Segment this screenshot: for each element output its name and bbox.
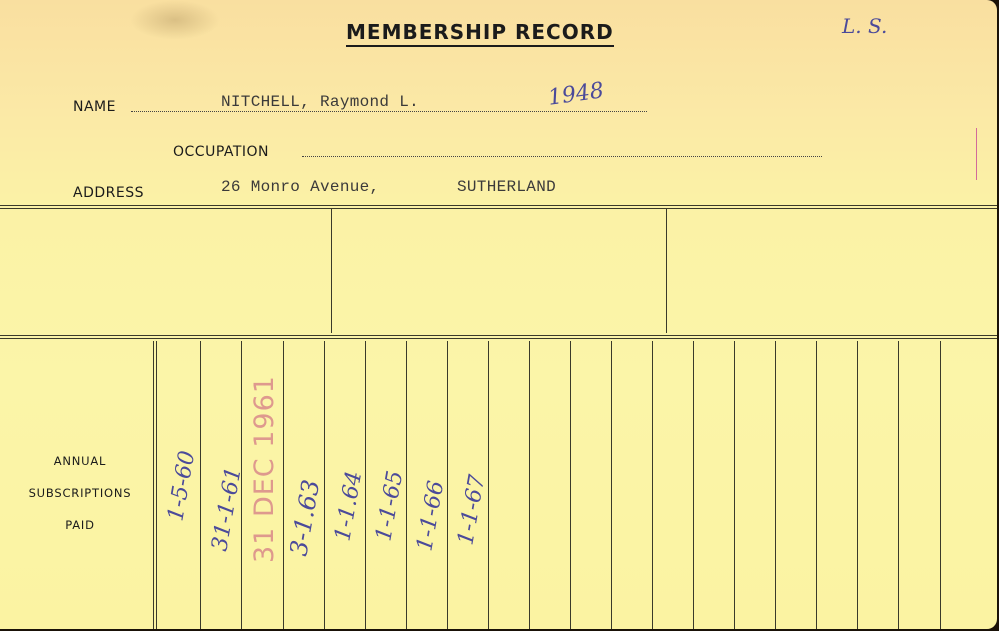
membership-card: MEMBERSHIP RECORD L. S. NAME NITCHELL, R… bbox=[0, 0, 997, 629]
stain-mark bbox=[130, 0, 220, 40]
divider-1 bbox=[331, 209, 332, 333]
subscription-entry: 3-1.63 bbox=[284, 477, 325, 558]
name-label: NAME bbox=[73, 99, 116, 115]
card-title: MEMBERSHIP RECORD bbox=[346, 20, 614, 47]
rule-bottom bbox=[0, 335, 997, 339]
grid-line bbox=[693, 341, 694, 629]
divider-2 bbox=[666, 209, 667, 333]
subscription-entry: 1-1.64 bbox=[330, 469, 367, 543]
name-year: 1948 bbox=[547, 78, 606, 111]
address-label: ADDRESS bbox=[73, 185, 144, 201]
address-suburb: SUTHERLAND bbox=[457, 178, 556, 196]
subscriptions-label-line1: ANNUAL bbox=[5, 454, 155, 468]
subscription-entry: 1-1-66 bbox=[412, 479, 449, 553]
grid-line bbox=[156, 341, 157, 629]
grid-line bbox=[283, 341, 284, 629]
grid-line bbox=[898, 341, 899, 629]
address-street: 26 Monro Avenue, bbox=[221, 178, 379, 196]
grid-line bbox=[775, 341, 776, 629]
name-value: NITCHELL, Raymond L. bbox=[221, 93, 419, 111]
subscriptions-label-line3: PAID bbox=[5, 518, 155, 532]
date-stamp: 31 DEC 1961 bbox=[249, 375, 280, 563]
occupation-label: OCCUPATION bbox=[173, 144, 269, 160]
grid-line bbox=[734, 341, 735, 629]
grid-line bbox=[652, 341, 653, 629]
name-dotted-line bbox=[131, 111, 647, 112]
pink-mark bbox=[976, 128, 977, 180]
grid-line bbox=[940, 341, 941, 629]
grid-line bbox=[200, 341, 201, 629]
subscriptions-label-line2: SUBSCRIPTIONS bbox=[5, 486, 155, 500]
grid-line bbox=[611, 341, 612, 629]
subscription-entry: 1-1-65 bbox=[371, 469, 408, 543]
grid-line bbox=[570, 341, 571, 629]
grid-line bbox=[529, 341, 530, 629]
grid-line bbox=[857, 341, 858, 629]
subscription-entry: 1-1-67 bbox=[453, 473, 490, 547]
rule-top bbox=[0, 205, 997, 209]
grid-line bbox=[153, 341, 154, 629]
corner-note: L. S. bbox=[842, 14, 887, 38]
occupation-dotted-line bbox=[302, 156, 822, 157]
grid-line bbox=[816, 341, 817, 629]
subscription-entry: 1-5-60 bbox=[163, 449, 200, 523]
